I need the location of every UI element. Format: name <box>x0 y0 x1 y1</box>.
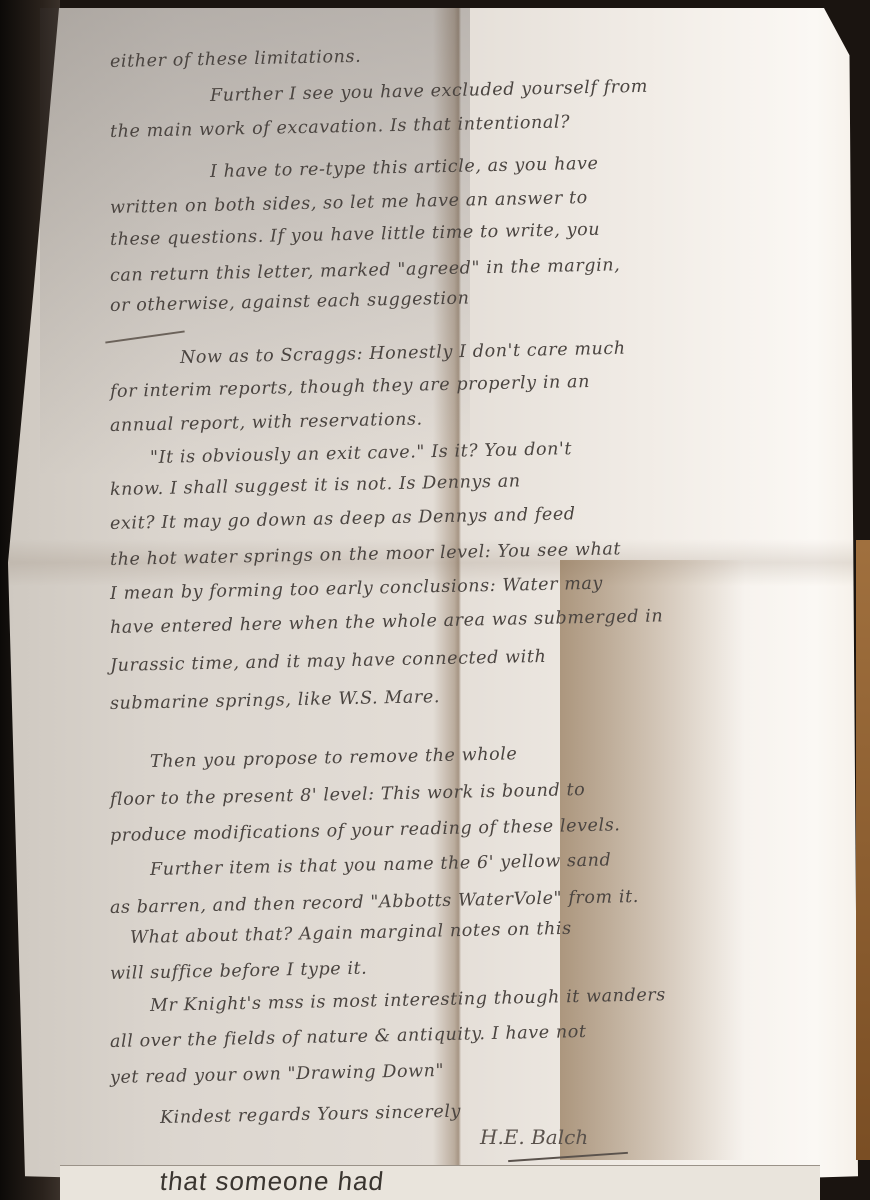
underlying-page: that someone had <box>60 1165 820 1200</box>
underlying-page-text: that someone had <box>158 1166 385 1197</box>
signature: H.E. Balch <box>480 1125 588 1149</box>
underlying-card-edge <box>856 540 870 1160</box>
